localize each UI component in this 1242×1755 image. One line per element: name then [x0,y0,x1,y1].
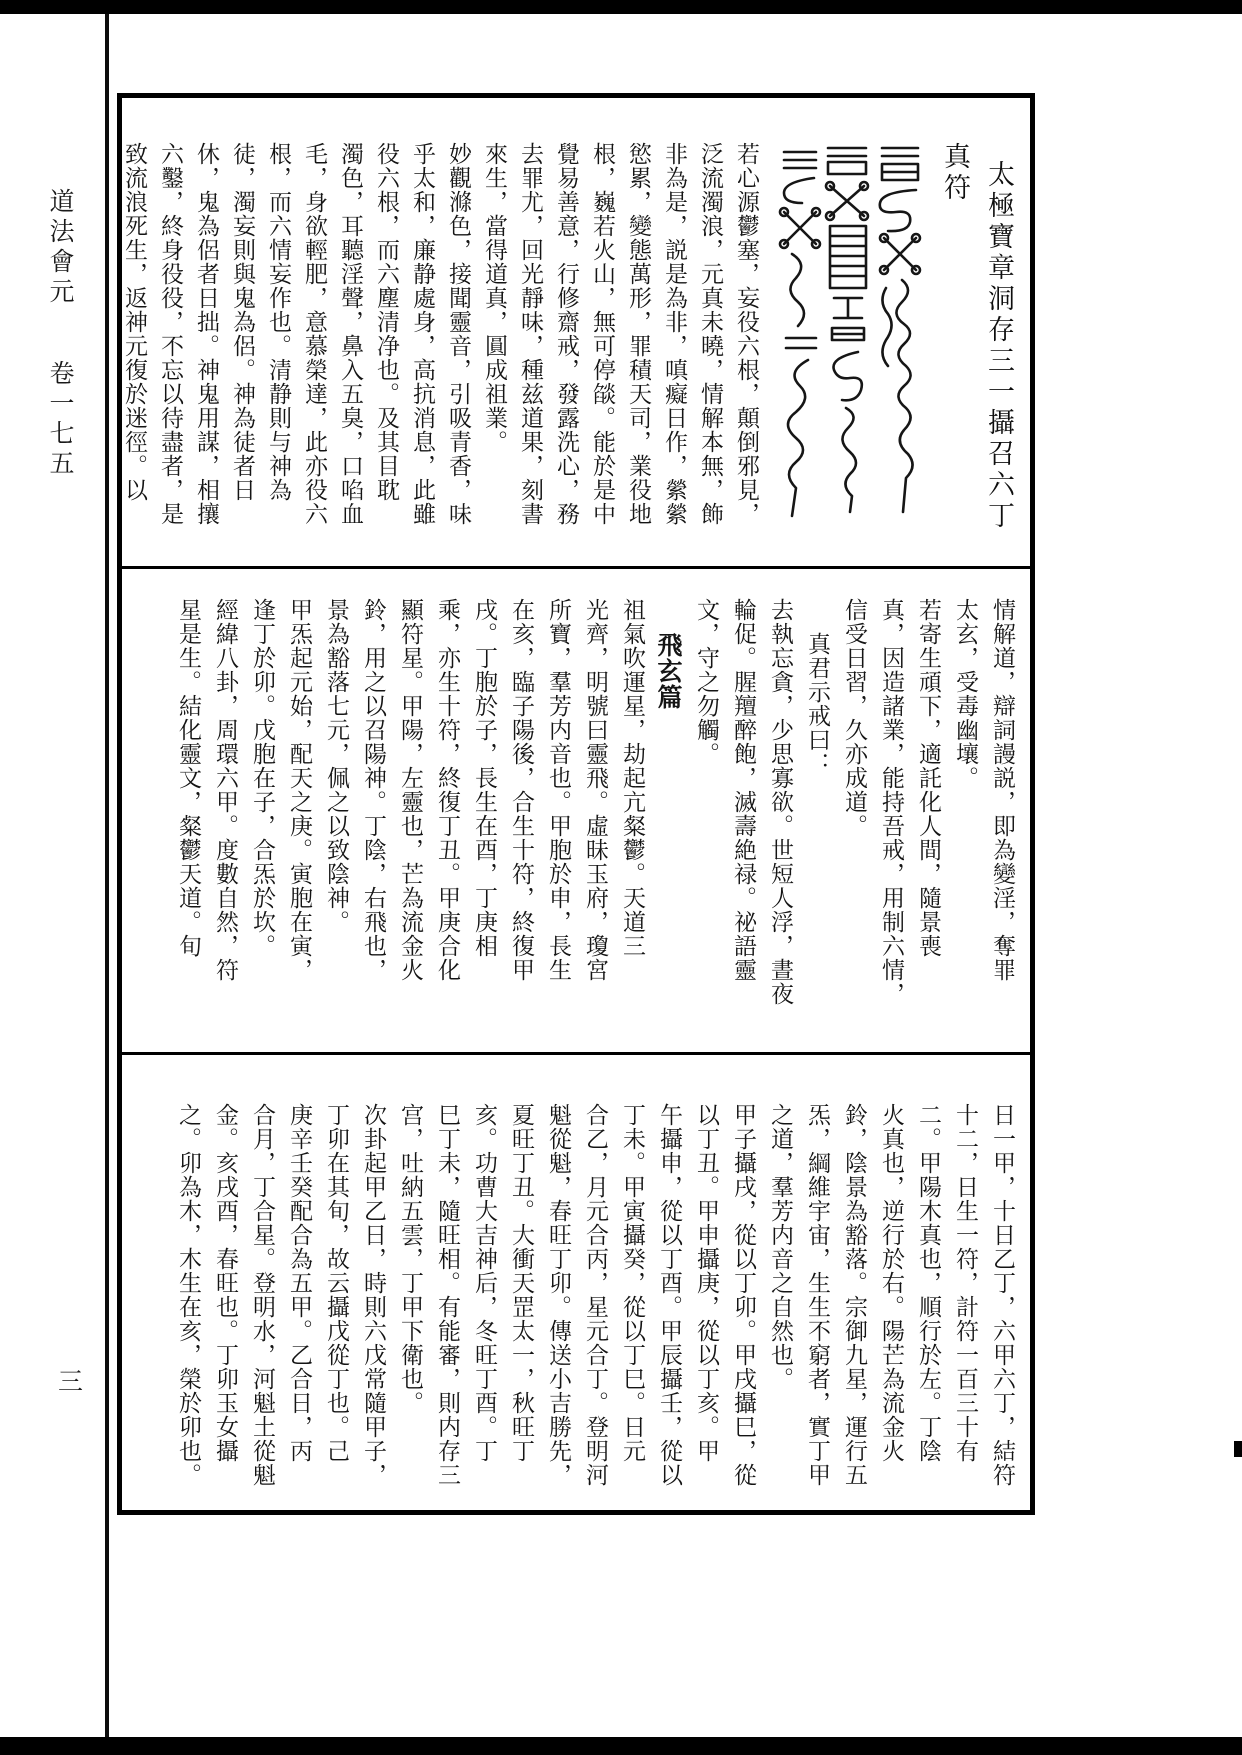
text-column: 六鑿，終身役役，不忘以待盡者，是 [152,142,188,560]
text-column: 魁從魁，春旺丁卯。傳送小吉勝先， [539,1103,576,1498]
text-column: 真，因造諸業，能持吾戒，用制六情， [872,598,909,1048]
text-column: 乘，亦生十符，終復丁丑。甲庚合化 [428,598,465,1048]
text-column: 宫，吐納五雲，丁甲下衛也。 [391,1103,428,1498]
volume-label: 卷一七五 [42,360,78,480]
text-column: 泛流濁浪，元真未曉，情解本無，飾 [692,142,728,560]
text-column: 太玄，受毒幽壤。 [946,598,983,1048]
text-column: 庚辛壬癸配合為五甲。乙合日，丙 [280,1103,317,1498]
text-column: 乎太和，廉静處身，高抗消息，此雖 [404,142,440,560]
text-column: 若寄生頑下，適託化人間，隨景喪 [909,598,946,1048]
bottom-text-block: 日一甲，十日乙丁，六甲六丁，結符十二，日生一符，計符一百三十有二。甲陽木真也，順… [138,1103,1020,1498]
text-column: 役六根，而六塵清净也。及其目耽 [368,142,404,560]
text-column: 午攝申，從以丁酉。甲辰攝壬，從以 [650,1103,687,1498]
text-column: 日一甲，十日乙丁，六甲六丁，結符 [983,1103,1020,1498]
text-column: 火真也，逆行於右。陽芒為流金火 [872,1103,909,1498]
text-column: 甲炁起元始，配天之庚。寅胞在寅， [280,598,317,1048]
book-gutter-line [105,14,109,1737]
text-column: 信受日習，久亦成道。 [835,598,872,1048]
text-column: 來生，當得道真，圓成祖業。 [476,142,512,560]
text-column: 休，鬼為侶者日拙。神鬼用謀，相攘 [188,142,224,560]
top-text-block: 太極寶章洞存三一攝召六丁真符 [138,142,1020,560]
page-number: 三 [58,1362,83,1398]
text-column: 情解道，辯詞謾説，即為變淫，奪罪 [983,598,1020,1048]
text-column: 所寶，羣芳内音也。甲胞於申，長生 [539,598,576,1048]
text-column: 以丁丑。甲申攝庚，從以丁亥。甲 [687,1103,724,1498]
text-column: 二。甲陽木真也，順行於左。丁陰 [909,1103,946,1498]
scan-edge-top [0,0,1242,14]
text-column: 丁卯在其旬，故云攝戊從丁也。己 [317,1103,354,1498]
text-column: 星是生。結化靈文，粲鬱天道。旬 [169,598,206,1048]
text-column: 次卦起甲乙日，時則六戊常隨甲子， [354,1103,391,1498]
text-column: 毛，身欲輕肥，意慕榮達，此亦役六 [296,142,332,560]
text-column: 慾累，變態萬形，罪積天司，業役地 [620,142,656,560]
text-column: 非為是，説是為非，嗔癡日作，縈縈 [656,142,692,560]
work-title: 道法會元 [46,188,75,308]
text-column: 在亥，臨子陽後，合生十符，終復甲 [502,598,539,1048]
text-column: 亥。功曹大吉神后，冬旺丁酉。丁 [465,1103,502,1498]
text-column: 十二，日生一符，計符一百三十有 [946,1103,983,1498]
talisman-strip-right [880,148,920,512]
text-column: 妙觀滌色，接聞靈音，引吸青香，味 [440,142,476,560]
text-column: 去執忘貪，少思寡欲。世短人浮，晝夜 [761,598,798,1048]
text-column: 金。亥戌酉，春旺也。丁卯玉女攝 [206,1103,243,1498]
text-column: 去罪尤，回光靜味，種兹道果，刻書 [512,142,548,560]
scan-artifact-tick [1234,1441,1242,1457]
text-column: 逢丁於卯。戊胞在子，合炁於坎。 [243,598,280,1048]
text-column: 光齊，明號曰靈飛。虛昧玉府，瓊宮 [576,598,613,1048]
text-column: 巳丁未，隨旺相。有能審，則内存三 [428,1103,465,1498]
section-divider [121,566,1031,569]
text-column: 文，守之勿觸。 [687,598,724,1048]
text-column: 祖氣吹運星，劫起亢粲鬱。天道三 [613,598,650,1048]
middle-text-block: 情解道，辯詞謾説，即為變淫，奪罪太玄，受毒幽壤。若寄生頑下，適託化人間，隨景喪真… [138,598,1020,1048]
text-column: 徒，濁妄則與鬼為侶。神為徒者日 [224,142,260,560]
text-column: 丁未。甲寅攝癸，從以丁巳。日元 [613,1103,650,1498]
text-column: 夏旺丁丑。大衝天罡太一，秋旺丁 [502,1103,539,1498]
text-column: 合乙，月元合丙，星元合丁。登明河 [576,1103,613,1498]
text-column: 根，而六情妄作也。清静則与神為 [260,142,296,560]
text-column: 致流浪死生，返神元復於迷徑。以 [116,142,152,560]
talisman-strip-left [780,152,820,516]
text-column: 戌。丁胞於子，長生在酉，丁庚相 [465,598,502,1048]
chapter-title: 太極寶章洞存三一攝召六丁真符 [932,142,1020,560]
text-column: 飛玄篇 [650,598,687,1048]
scanned-page: { "margin": { "work_title": "道法會元", "vol… [0,0,1242,1755]
section-divider [121,1052,1031,1055]
text-column: 若心源鬱塞，妄役六根，顛倒邪見， [728,142,764,560]
scan-edge-bottom [0,1737,1242,1755]
text-column: 根，巍若火山，無可停燄。能於是中 [584,142,620,560]
text-column: 合月，丁合星。登明水，河魁土從魁 [243,1103,280,1498]
text-column: 景為豁落七元，佩之以致陰神。 [317,598,354,1048]
six-ding-talisman-drawing [774,142,924,522]
text-column: 濁色，耳聽淫聲，鼻入五臭，口啗血 [332,142,368,560]
text-column: 炁，綱維宇宙，生生不窮者，實丁甲 [798,1103,835,1498]
text-column: 甲子攝戌，從以丁卯。甲戌攝巳，從 [724,1103,761,1498]
margin-title: 道法會元卷一七五 [42,188,78,748]
talisman-strip-middle [826,148,868,512]
text-column: 經緯八卦，周環六甲。度數自然，符 [206,598,243,1048]
text-column: 顯符星。甲陽，左靈也，芒為流金火 [391,598,428,1048]
text-column: 之。卯為木，木生在亥，榮於卯也。 [169,1103,206,1498]
text-column: 鈴，陰景為豁落。宗御九星，運行五 [835,1103,872,1498]
text-column: 真君示戒曰： [798,598,835,1048]
text-column: 鈴，用之以召陽神。丁陰，右飛也， [354,598,391,1048]
text-column: 輪促。腥羶醉飽，滅壽絶禄。祕語靈 [724,598,761,1048]
text-column: 之道，羣芳内音之自然也。 [761,1103,798,1498]
text-column: 覺易善意，行修齋戒，發露洗心，務 [548,142,584,560]
text-frame: 太極寶章洞存三一攝召六丁真符 [117,93,1035,1515]
